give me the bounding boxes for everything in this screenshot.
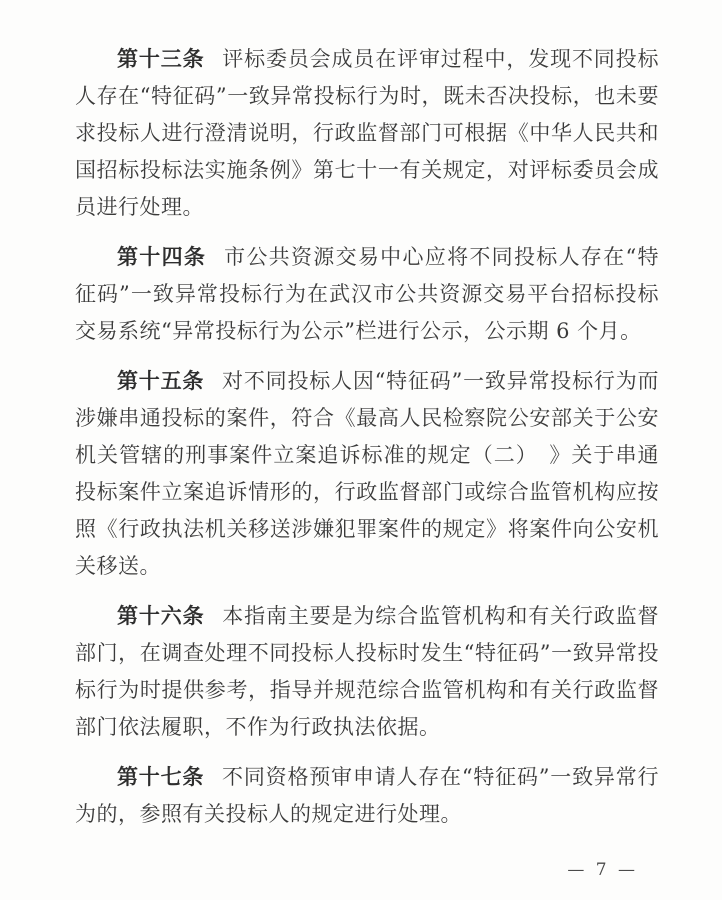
article-paragraph: 第十六条本指南主要是为综合监管机构和有关行政监督部门，在调查处理不同投标人投标时… (75, 597, 659, 746)
article-text: 评标委员会成员在评审过程中，发现不同投标人存在“特征码”一致异常投标行为时，既未… (75, 47, 659, 219)
article-paragraph: 第十四条市公共资源交易中心应将不同投标人存在“特征码”一致异常投标行为在武汉市公… (75, 238, 659, 350)
article-paragraph: 第十五条对不同投标人因“特征码”一致异常投标行为而涉嫌串通投标的案件，符合《最高… (75, 362, 659, 585)
document-body: 第十三条评标委员会成员在评审过程中，发现不同投标人存在“特征码”一致异常投标行为… (75, 40, 659, 845)
article-paragraph: 第十三条评标委员会成员在评审过程中，发现不同投标人存在“特征码”一致异常投标行为… (75, 40, 659, 226)
article-paragraph: 第十七条不同资格预审申请人存在“特征码”一致异常行为的，参照有关投标人的规定进行… (75, 758, 659, 833)
article-number: 第十六条 (117, 603, 204, 628)
page-number: — 7 — (567, 860, 638, 880)
article-number: 第十四条 (117, 244, 206, 269)
document-page: 第十三条评标委员会成员在评审过程中，发现不同投标人存在“特征码”一致异常投标行为… (0, 0, 722, 900)
article-number: 第十七条 (117, 764, 204, 789)
article-number: 第十三条 (117, 46, 204, 71)
article-number: 第十五条 (117, 368, 204, 393)
article-text: 对不同投标人因“特征码”一致异常投标行为而涉嫌串通投标的案件，符合《最高人民检察… (75, 369, 659, 578)
